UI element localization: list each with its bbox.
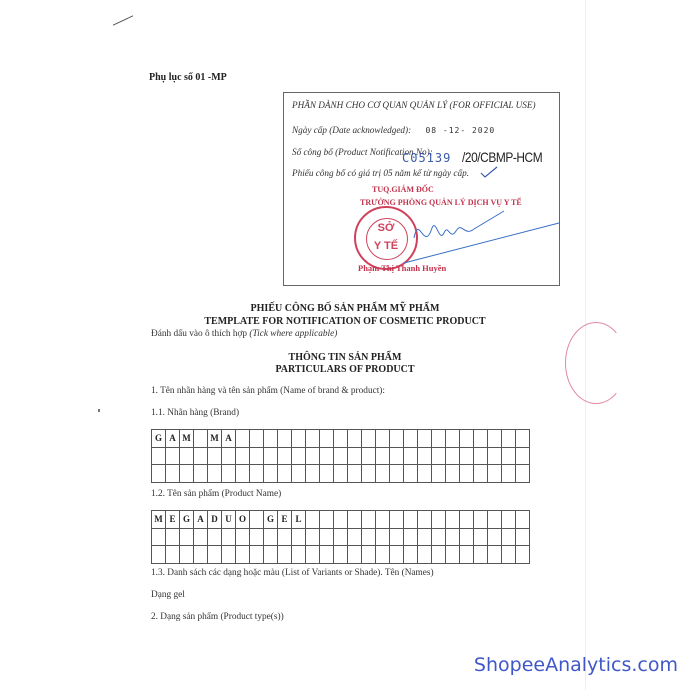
- grid-cell: [334, 448, 348, 466]
- grid-cell: [348, 465, 362, 483]
- grid-cell: [446, 430, 460, 448]
- item-1-3-label: 1.3. Danh sách các dạng hoặc màu (List o…: [151, 568, 434, 578]
- grid-cell: [460, 511, 474, 529]
- grid-cell: [250, 511, 264, 529]
- grid-cell: [208, 448, 222, 466]
- grid-cell: M: [180, 430, 194, 448]
- tick-instruction: Đánh dấu vào ô thích hợp (Tick where app…: [151, 329, 337, 339]
- grid-cell: G: [180, 511, 194, 529]
- grid-cell: [208, 465, 222, 483]
- grid-cell: [334, 430, 348, 448]
- grid-cell: [516, 465, 530, 483]
- grid-cell: [432, 465, 446, 483]
- date-label: Ngày cấp (Date acknowledged):: [292, 125, 411, 135]
- grid-cell: [516, 546, 530, 564]
- grid-cell: [362, 465, 376, 483]
- notification-number: C05139: [402, 151, 451, 165]
- grid-cell: [152, 546, 166, 564]
- grid-cell: [236, 448, 250, 466]
- grid-cell: A: [194, 511, 208, 529]
- stamp-line-1: SỞ: [356, 222, 416, 234]
- grid-cell: [292, 430, 306, 448]
- official-heading: PHẦN DÀNH CHO CƠ QUAN QUẢN LÝ (FOR OFFIC…: [292, 100, 536, 110]
- grid-cell: [222, 546, 236, 564]
- grid-cell: [474, 546, 488, 564]
- grid-cell: [250, 430, 264, 448]
- grid-cell: [264, 529, 278, 547]
- grid-cell: [404, 430, 418, 448]
- grid-cell: [250, 546, 264, 564]
- grid-cell: [292, 529, 306, 547]
- grid-cell: [320, 448, 334, 466]
- grid-cell: [278, 529, 292, 547]
- grid-cell: [376, 511, 390, 529]
- grid-cell: [306, 430, 320, 448]
- grid-cell: [376, 430, 390, 448]
- grid-cell: [180, 529, 194, 547]
- grid-cell: [306, 511, 320, 529]
- grid-cell: [292, 465, 306, 483]
- grid-cell: [264, 465, 278, 483]
- grid-cell: [180, 448, 194, 466]
- grid-cell: [236, 546, 250, 564]
- grid-cell: [250, 448, 264, 466]
- grid-cell: [474, 448, 488, 466]
- grid-cell: [236, 430, 250, 448]
- appendix-label: Phụ lục số 01 -MP: [149, 72, 227, 83]
- grid-cell: [250, 465, 264, 483]
- grid-cell: [418, 529, 432, 547]
- grid-cell: [152, 448, 166, 466]
- grid-cell: G: [264, 511, 278, 529]
- grid-cell: [446, 511, 460, 529]
- grid-cell: [432, 430, 446, 448]
- grid-cell: [418, 546, 432, 564]
- grid-cell: [516, 511, 530, 529]
- grid-cell: [194, 448, 208, 466]
- grid-cell: [516, 529, 530, 547]
- grid-cell: [362, 430, 376, 448]
- grid-cell: [502, 511, 516, 529]
- grid-cell: [320, 529, 334, 547]
- grid-cell: [348, 511, 362, 529]
- grid-cell: O: [236, 511, 250, 529]
- grid-cell: [404, 546, 418, 564]
- grid-cell: [404, 448, 418, 466]
- grid-cell: [390, 546, 404, 564]
- grid-cell: [278, 546, 292, 564]
- grid-cell: [334, 546, 348, 564]
- item-2-label: 2. Dạng sản phẩm (Product type(s)): [151, 612, 284, 622]
- grid-cell: [194, 546, 208, 564]
- partial-stamp: [565, 322, 627, 404]
- grid-cell: [488, 448, 502, 466]
- grid-cell: [446, 529, 460, 547]
- grid-cell: [488, 546, 502, 564]
- grid-cell: [264, 430, 278, 448]
- grid-cell: [474, 529, 488, 547]
- grid-cell: [502, 546, 516, 564]
- grid-cell: [432, 448, 446, 466]
- grid-cell: [390, 511, 404, 529]
- grid-cell: [236, 529, 250, 547]
- date-value: 08 -12- 2020: [425, 126, 495, 135]
- grid-cell: [194, 430, 208, 448]
- grid-cell: [348, 529, 362, 547]
- grid-cell: [404, 529, 418, 547]
- grid-cell: [292, 448, 306, 466]
- grid-cell: A: [222, 430, 236, 448]
- grid-cell: [362, 529, 376, 547]
- grid-cell: G: [152, 430, 166, 448]
- validity-text: Phiếu công bố có giá trị 05 năm kể từ ng…: [292, 168, 469, 178]
- grid-cell: [194, 465, 208, 483]
- grid-cell: [334, 465, 348, 483]
- grid-cell: [488, 529, 502, 547]
- notification-suffix: /20/CBMP-HCM: [462, 149, 542, 165]
- scan-speck: [98, 409, 100, 412]
- item-1-label: 1. Tên nhãn hàng và tên sản phẩm (Name o…: [151, 386, 385, 396]
- grid-cell: [516, 430, 530, 448]
- checkmark-icon: [479, 165, 499, 179]
- watermark: ShopeeAnalytics.com: [474, 654, 678, 676]
- grid-cell: [334, 529, 348, 547]
- grid-cell: [390, 448, 404, 466]
- grid-cell: [418, 430, 432, 448]
- grid-cell: [152, 465, 166, 483]
- grid-cell: [404, 511, 418, 529]
- grid-cell: [460, 529, 474, 547]
- grid-cell: [516, 448, 530, 466]
- grid-cell: [208, 546, 222, 564]
- official-use-box: PHẦN DÀNH CHO CƠ QUAN QUẢN LÝ (FOR OFFIC…: [283, 92, 560, 286]
- grid-cell: [362, 546, 376, 564]
- grid-cell: [306, 529, 320, 547]
- stamp-line-2: Y TẾ: [356, 240, 416, 252]
- grid-cell: [348, 546, 362, 564]
- grid-cell: [432, 511, 446, 529]
- grid-cell: [362, 511, 376, 529]
- grid-cell: [390, 465, 404, 483]
- grid-cell: [460, 465, 474, 483]
- grid-cell: [502, 430, 516, 448]
- grid-cell: [432, 546, 446, 564]
- grid-cell: [180, 465, 194, 483]
- grid-cell: [404, 465, 418, 483]
- grid-cell: [446, 448, 460, 466]
- grid-cell: A: [166, 430, 180, 448]
- date-row: Ngày cấp (Date acknowledged): 08 -12- 20…: [292, 125, 495, 135]
- grid-cell: [376, 448, 390, 466]
- item-1-1-label: 1.1. Nhãn hàng (Brand): [151, 408, 239, 418]
- grid-cell: [306, 546, 320, 564]
- grid-cell: [292, 546, 306, 564]
- grid-cell: [166, 546, 180, 564]
- signer-name: Phạm Thị Thanh Huyền: [358, 263, 446, 273]
- grid-cell: [320, 465, 334, 483]
- grid-cell: [278, 448, 292, 466]
- pen-mark: [113, 15, 133, 25]
- grid-cell: [264, 546, 278, 564]
- grid-cell: E: [278, 511, 292, 529]
- grid-cell: M: [208, 430, 222, 448]
- grid-cell: U: [222, 511, 236, 529]
- grid-cell: [502, 529, 516, 547]
- grid-cell: [502, 448, 516, 466]
- grid-cell: [320, 511, 334, 529]
- grid-cell: [376, 529, 390, 547]
- grid-cell: [418, 448, 432, 466]
- grid-cell: [208, 529, 222, 547]
- grid-cell: [390, 430, 404, 448]
- grid-cell: [502, 465, 516, 483]
- grid-cell: [320, 546, 334, 564]
- brand-grid: GAMMA: [151, 429, 530, 483]
- grid-cell: [250, 529, 264, 547]
- grid-cell: [362, 448, 376, 466]
- form-title-vi: PHIẾU CÔNG BỐ SẢN PHẨM MỸ PHẨM: [0, 303, 690, 314]
- grid-cell: [166, 529, 180, 547]
- grid-cell: E: [166, 511, 180, 529]
- grid-cell: [306, 465, 320, 483]
- grid-cell: [222, 465, 236, 483]
- grid-cell: [334, 511, 348, 529]
- grid-cell: D: [208, 511, 222, 529]
- grid-cell: [376, 546, 390, 564]
- grid-cell: [166, 448, 180, 466]
- grid-cell: [278, 430, 292, 448]
- grid-cell: [432, 529, 446, 547]
- grid-cell: [446, 465, 460, 483]
- grid-cell: [390, 529, 404, 547]
- grid-cell: [376, 465, 390, 483]
- grid-cell: [460, 430, 474, 448]
- grid-cell: [166, 465, 180, 483]
- grid-cell: [348, 430, 362, 448]
- grid-cell: [418, 465, 432, 483]
- grid-cell: [264, 448, 278, 466]
- grid-cell: [488, 511, 502, 529]
- grid-cell: [446, 546, 460, 564]
- grid-cell: [488, 465, 502, 483]
- grid-cell: M: [152, 511, 166, 529]
- grid-cell: [306, 448, 320, 466]
- variant-value: Dạng gel: [151, 590, 185, 600]
- grid-cell: [418, 511, 432, 529]
- grid-cell: [152, 529, 166, 547]
- grid-cell: [222, 448, 236, 466]
- product-name-grid: MEGADUOGEL: [151, 510, 530, 564]
- grid-cell: [222, 529, 236, 547]
- grid-cell: [320, 430, 334, 448]
- grid-cell: [278, 465, 292, 483]
- grid-cell: [460, 546, 474, 564]
- grid-cell: L: [292, 511, 306, 529]
- grid-cell: [474, 511, 488, 529]
- grid-cell: [460, 448, 474, 466]
- grid-cell: [488, 430, 502, 448]
- grid-cell: [180, 546, 194, 564]
- grid-cell: [474, 465, 488, 483]
- grid-cell: [348, 448, 362, 466]
- grid-cell: [194, 529, 208, 547]
- item-1-2-label: 1.2. Tên sản phẩm (Product Name): [151, 489, 281, 499]
- grid-cell: [474, 430, 488, 448]
- grid-cell: [236, 465, 250, 483]
